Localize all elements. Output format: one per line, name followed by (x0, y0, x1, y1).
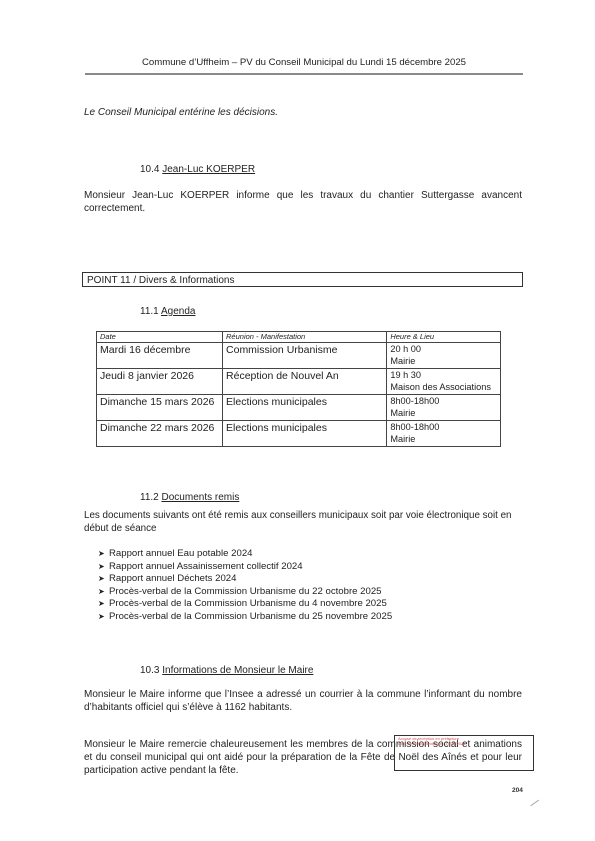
section-number: 10.3 (140, 665, 159, 676)
column-header-event: Réunion - Manifestation (223, 332, 387, 343)
list-item: ➤Procès-verbal de la Commission Urbanism… (98, 611, 392, 624)
cell-event: Elections municipales (223, 421, 387, 447)
section-title: Documents remis (162, 492, 240, 503)
cell-place: Mairie (390, 433, 497, 445)
section-number: 11.2 (140, 492, 159, 503)
cell-place: Mairie (390, 355, 497, 367)
cell-time-place: 8h00-18h00Mairie (387, 421, 501, 447)
mayor-info-paragraph-1: Monsieur le Maire informe que l’Insee a … (84, 688, 522, 714)
column-header-date: Date (97, 332, 223, 343)
cell-time: 20 h 00 (390, 343, 497, 355)
cell-event: Commission Urbanisme (223, 343, 387, 369)
chevron-right-icon: ➤ (98, 561, 108, 574)
cell-place: Maison des Associations (390, 381, 497, 393)
cell-time-place: 8h00-18h00Mairie (387, 395, 501, 421)
section-title: Jean-Luc KOERPER (162, 164, 255, 175)
cell-event: Réception de Nouvel An (223, 369, 387, 395)
section-11-2-heading: 11.2 Documents remis (140, 491, 239, 504)
cell-time-place: 20 h 00Mairie (387, 343, 501, 369)
cell-time: 8h00-18h00 (390, 395, 497, 407)
cell-date: Dimanche 15 mars 2026 (97, 395, 223, 421)
section-10-4-heading: 10.4 Jean-Luc KOERPER (140, 163, 255, 176)
table-row: Jeudi 8 janvier 2026 Réception de Nouvel… (97, 369, 501, 395)
section-10-4-body: Monsieur Jean-Luc KOERPER informe que le… (84, 189, 522, 215)
cell-time-place: 19 h 30Maison des Associations (387, 369, 501, 395)
section-number: 10.4 (140, 164, 159, 175)
documents-list: ➤Rapport annuel Eau potable 2024 ➤Rappor… (98, 548, 392, 624)
section-title: Informations de Monsieur le Maire (162, 665, 313, 676)
table-row: Mardi 16 décembre Commission Urbanisme 2… (97, 343, 501, 369)
chevron-right-icon: ➤ (98, 611, 108, 624)
point-11-title-box: POINT 11 / Divers & Informations (82, 272, 523, 287)
cell-place: Mairie (390, 407, 497, 419)
cell-date: Jeudi 8 janvier 2026 (97, 369, 223, 395)
list-item: ➤Rapport annuel Assainissement collectif… (98, 561, 392, 574)
list-item: ➤Procès-verbal de la Commission Urbanism… (98, 586, 392, 599)
section-11-2-intro: Les documents suivants ont été remis aux… (84, 509, 524, 535)
chevron-right-icon: ➤ (98, 586, 108, 599)
agenda-table: Date Réunion - Manifestation Heure & Lie… (96, 331, 501, 447)
list-item: ➤Procès-verbal de la Commission Urbanism… (98, 598, 392, 611)
section-11-1-heading: 11.1 Agenda (140, 305, 195, 318)
cell-event: Elections municipales (223, 395, 387, 421)
page-header: Commune d’Uffheim – PV du Conseil Munici… (85, 57, 523, 68)
cell-date: Dimanche 22 mars 2026 (97, 421, 223, 447)
initials-mark (527, 795, 539, 806)
cell-time: 19 h 30 (390, 369, 497, 381)
cell-time: 8h00-18h00 (390, 421, 497, 433)
cell-date: Mardi 16 décembre (97, 343, 223, 369)
section-title: Agenda (161, 306, 195, 317)
list-item: ➤Rapport annuel Eau potable 2024 (98, 548, 392, 561)
section-number: 11.1 (140, 306, 159, 317)
council-statement: Le Conseil Municipal entérine les décisi… (84, 106, 278, 119)
list-item: ➤Rapport annuel Déchets 2024 (98, 573, 392, 586)
table-row: Dimanche 15 mars 2026 Elections municipa… (97, 395, 501, 421)
column-header-time-place: Heure & Lieu (387, 332, 501, 343)
section-10-3-heading: 10.3 Informations de Monsieur le Maire (140, 664, 313, 677)
stamp-text: Accusé de réception en préfecture Date d… (398, 736, 465, 746)
agenda-header-row: Date Réunion - Manifestation Heure & Lie… (97, 332, 501, 343)
page-number: 204 (512, 787, 523, 794)
header-divider (85, 73, 523, 75)
table-row: Dimanche 22 mars 2026 Elections municipa… (97, 421, 501, 447)
chevron-right-icon: ➤ (98, 548, 108, 561)
chevron-right-icon: ➤ (98, 573, 108, 586)
chevron-right-icon: ➤ (98, 598, 108, 611)
